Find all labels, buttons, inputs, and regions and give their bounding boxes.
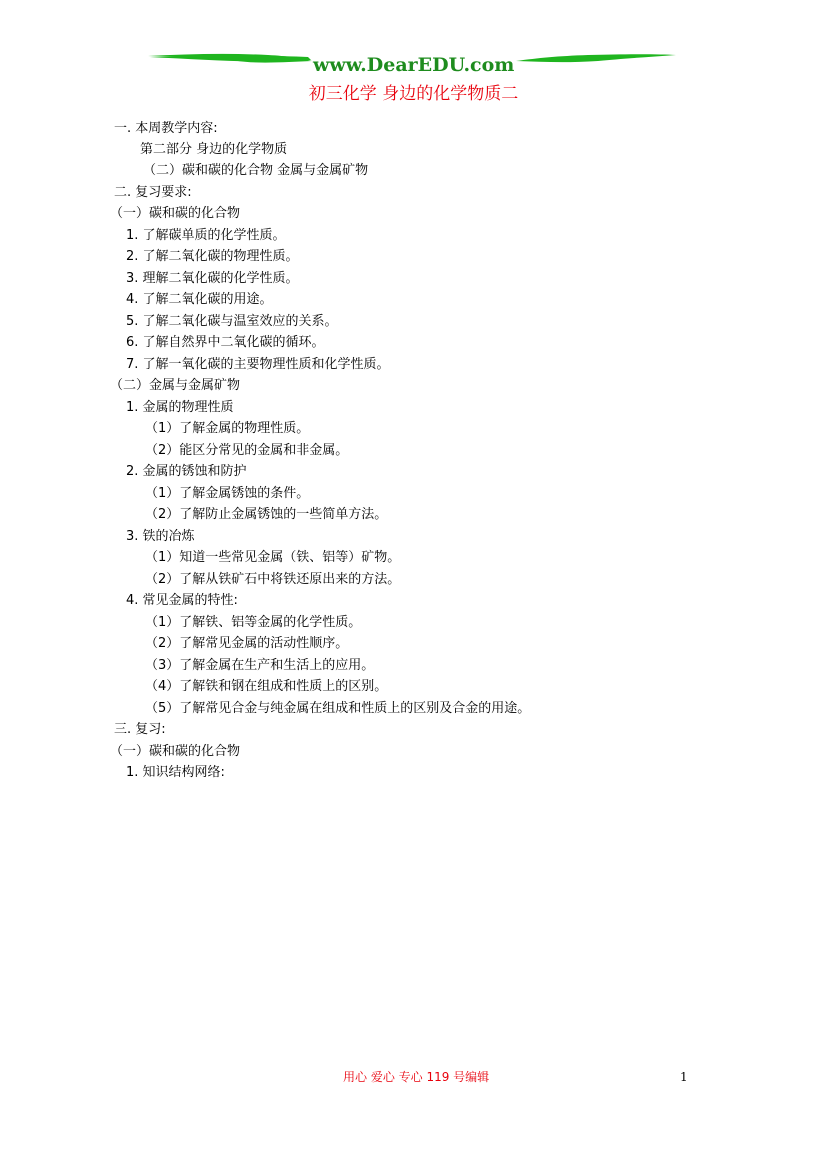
sub-list-item: （5）了解常见合金与纯金属在组成和性质上的区别及合金的用途。	[145, 700, 530, 718]
sub-list-item: （2）了解从铁矿石中将铁还原出来的方法。	[145, 571, 400, 589]
list-item: 1. 知识结构网络:	[126, 764, 225, 782]
content-line: （二）碳和碳的化合物 金属与金属矿物	[143, 162, 368, 180]
document-page: www.DearEDU.com 初三化学 身边的化学物质二 一. 本周教学内容:…	[0, 0, 827, 1170]
sub-list-item: （1）了解铁、铝等金属的化学性质。	[145, 614, 361, 632]
list-item: 3. 铁的冶炼	[126, 528, 195, 546]
list-item: 5. 了解二氧化碳与温室效应的关系。	[126, 313, 338, 331]
list-item: 1. 金属的物理性质	[126, 399, 234, 417]
document-title: 初三化学 身边的化学物质二	[0, 83, 827, 105]
content-line: 第二部分 身边的化学物质	[140, 141, 287, 159]
sub-list-item: （2）了解常见金属的活动性顺序。	[145, 635, 348, 653]
list-item: 1. 了解碳单质的化学性质。	[126, 227, 286, 245]
list-item: 2. 了解二氧化碳的物理性质。	[126, 248, 299, 266]
list-item: 6. 了解自然界中二氧化碳的循环。	[126, 334, 325, 352]
sub-list-item: （4）了解铁和钢在组成和性质上的区别。	[145, 678, 387, 696]
list-item: 4. 常见金属的特性:	[126, 592, 238, 610]
sub-list-item: （1）了解金属的物理性质。	[145, 420, 309, 438]
list-item: 2. 金属的锈蚀和防护	[126, 463, 247, 481]
sub-list-item: （1）了解金属锈蚀的条件。	[145, 485, 309, 503]
sub-list-item: （3）了解金属在生产和生活上的应用。	[145, 657, 374, 675]
subsection-heading: （二）金属与金属矿物	[110, 377, 240, 395]
section-heading: 二. 复习要求:	[114, 184, 192, 202]
section-heading: 三. 复习:	[114, 721, 166, 739]
footer-slogan: 用心 爱心 专心 119 号编辑	[343, 1069, 489, 1085]
sub-list-item: （2）了解防止金属锈蚀的一些简单方法。	[145, 506, 387, 524]
sub-list-item: （1）知道一些常见金属（铁、铝等）矿物。	[145, 549, 400, 567]
subsection-heading: （一）碳和碳的化合物	[110, 205, 240, 223]
subsection-heading: （一）碳和碳的化合物	[110, 743, 240, 761]
page-number: 1	[680, 1069, 688, 1085]
header-banner: www.DearEDU.com	[148, 52, 678, 78]
section-heading: 一. 本周教学内容:	[114, 120, 218, 138]
list-item: 7. 了解一氧化碳的主要物理性质和化学性质。	[126, 356, 390, 374]
list-item: 4. 了解二氧化碳的用途。	[126, 291, 273, 309]
sub-list-item: （2）能区分常见的金属和非金属。	[145, 442, 348, 460]
site-logo: www.DearEDU.com	[313, 53, 513, 77]
list-item: 3. 理解二氧化碳的化学性质。	[126, 270, 299, 288]
